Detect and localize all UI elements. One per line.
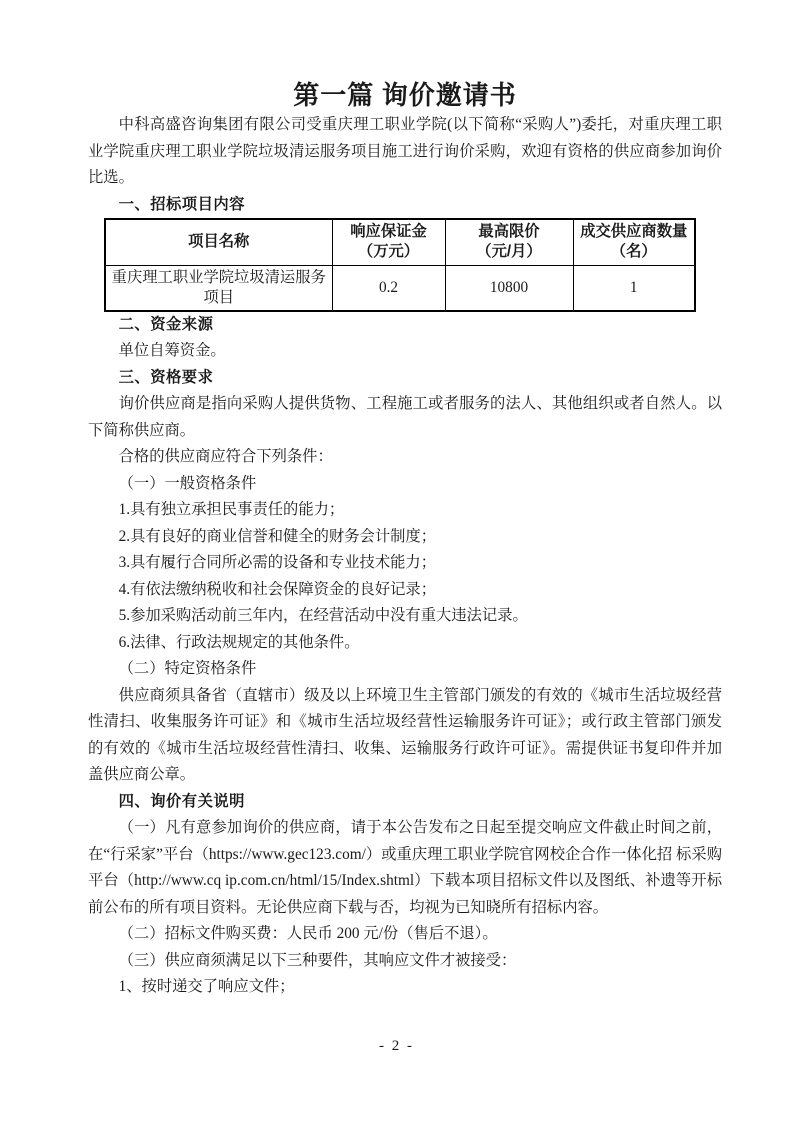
- bid-items-table: 项目名称 响应保证金 （万元） 最高限价 （元/月） 成交供应商数量 （名） 重…: [104, 218, 696, 312]
- header-max-price: 最高限价 （元/月）: [445, 219, 573, 265]
- general-condition-item-4: 4.有依法缴纳税收和社会保障资金的良好记录；: [88, 577, 722, 604]
- cell-supplier-count: 1: [573, 265, 695, 311]
- section-heading-qualification: 三、资格要求: [88, 365, 722, 392]
- inquiry-note-2: （二）招标文件购买费：人民币 200 元/份（售后不退）。: [88, 921, 722, 948]
- general-condition-item-2: 2.具有良好的商业信誉和健全的财务会计制度；: [88, 524, 722, 551]
- section-heading-fund-source: 二、资金来源: [88, 312, 722, 339]
- table-header-row: 项目名称 响应保证金 （万元） 最高限价 （元/月） 成交供应商数量 （名）: [105, 219, 695, 265]
- general-condition-item-1: 1.具有独立承担民事责任的能力；: [88, 497, 722, 524]
- cell-project-name: 重庆理工职业学院垃圾清运服务项目: [105, 265, 332, 311]
- cell-response-deposit: 0.2: [332, 265, 445, 311]
- header-project-name: 项目名称: [105, 219, 332, 265]
- section-heading-inquiry-notes: 四、询价有关说明: [88, 789, 722, 816]
- inquiry-note-3-item-1: 1、按时递交了响应文件；: [88, 974, 722, 1001]
- cell-max-price: 10800: [445, 265, 573, 311]
- table-row: 重庆理工职业学院垃圾清运服务项目 0.2 10800 1: [105, 265, 695, 311]
- special-conditions-heading: （二）特定资格条件: [88, 656, 722, 683]
- qualification-intro-paragraph: 询价供应商是指向采购人提供货物、工程施工或者服务的法人、其他组织或者自然人。以下…: [88, 391, 722, 444]
- general-conditions-heading: （一）一般资格条件: [88, 471, 722, 498]
- inquiry-note-1: （一）凡有意参加询价的供应商，请于本公告发布之日起至提交响应文件截止时间之前，在…: [88, 815, 722, 921]
- qualification-conditions-lead: 合格的供应商应符合下列条件：: [88, 444, 722, 471]
- page-number: - 2 -: [0, 1036, 793, 1056]
- inquiry-note-3: （三）供应商须满足以下三种要件，其响应文件才被接受：: [88, 948, 722, 975]
- special-conditions-paragraph: 供应商须具备省（直辖市）级及以上环境卫生主管部门颁发的有效的《城市生活垃圾经营性…: [88, 683, 722, 789]
- header-supplier-count: 成交供应商数量 （名）: [573, 219, 695, 265]
- fund-source-paragraph: 单位自筹资金。: [88, 338, 722, 365]
- general-condition-item-3: 3.具有履行合同所必需的设备和专业技术能力；: [88, 550, 722, 577]
- document-title: 第一篇 询价邀请书: [88, 79, 722, 112]
- intro-paragraph: 中科高盛咨询集团有限公司受重庆理工职业学院(以下简称“采购人”)委托，对重庆理工…: [88, 112, 722, 192]
- document-page: 第一篇 询价邀请书 中科高盛咨询集团有限公司受重庆理工职业学院(以下简称“采购人…: [0, 0, 793, 1122]
- general-condition-item-5: 5.参加采购活动前三年内，在经营活动中没有重大违法记录。: [88, 603, 722, 630]
- general-condition-item-6: 6.法律、行政法规规定的其他条件。: [88, 630, 722, 657]
- header-response-deposit: 响应保证金 （万元）: [332, 219, 445, 265]
- section-heading-bid-content: 一、招标项目内容: [88, 192, 722, 219]
